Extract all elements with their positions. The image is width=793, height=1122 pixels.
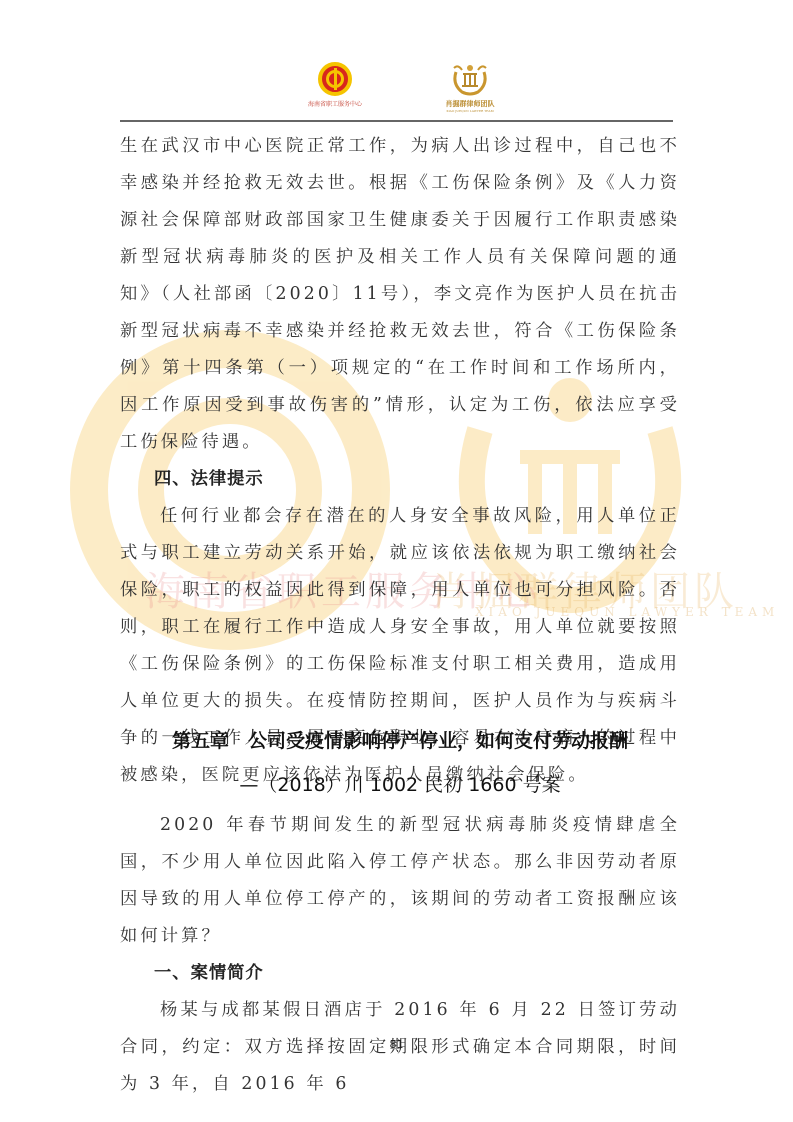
page-header: 海南省职工服务中心 肖掘群律师团队 XIAO JUEQUN LAWYER TEA… [0,0,793,122]
section-work-stoppage: 2020 年春节期间发生的新型冠状病毒肺炎疫情肆虐全国，不少用人单位因此陷入停工… [120,807,680,1103]
header-divider [120,120,673,122]
page-number: 81 [0,1038,793,1051]
paragraph-intro: 2020 年春节期间发生的新型冠状病毒肺炎疫情肆虐全国，不少用人单位因此陷入停工… [120,807,680,955]
section-work-injury-case: 生在武汉市中心医院正常工作，为病人出诊过程中，自己也不幸感染并经抢救无效去世。根… [120,128,680,794]
paragraph-case-continuation: 生在武汉市中心医院正常工作，为病人出诊过程中，自己也不幸感染并经抢救无效去世。根… [120,128,680,461]
chapter-title: 第五章 公司受疫情影响停产停业，如何支付劳动报酬 [120,726,680,753]
heading-legal-tips: 四、法律提示 [120,461,680,498]
logo-law-firm-team: 肖掘群律师团队 XIAO JUEQUN LAWYER TEAM [430,62,510,113]
logo-right-caption-en: XIAO JUEQUN LAWYER TEAM [446,109,493,113]
trade-union-emblem-icon [318,62,352,96]
logo-hainan-workers-service-center: 海南省职工服务中心 [300,62,370,108]
chapter-subtitle: —（2018）川 1002 民初 1660 号案 [120,770,680,797]
heading-case-summary: 一、案情简介 [120,955,680,992]
logo-right-caption: 肖掘群律师团队 [446,99,495,109]
law-firm-pillar-emblem-icon [450,62,490,96]
logo-left-caption: 海南省职工服务中心 [308,99,362,108]
